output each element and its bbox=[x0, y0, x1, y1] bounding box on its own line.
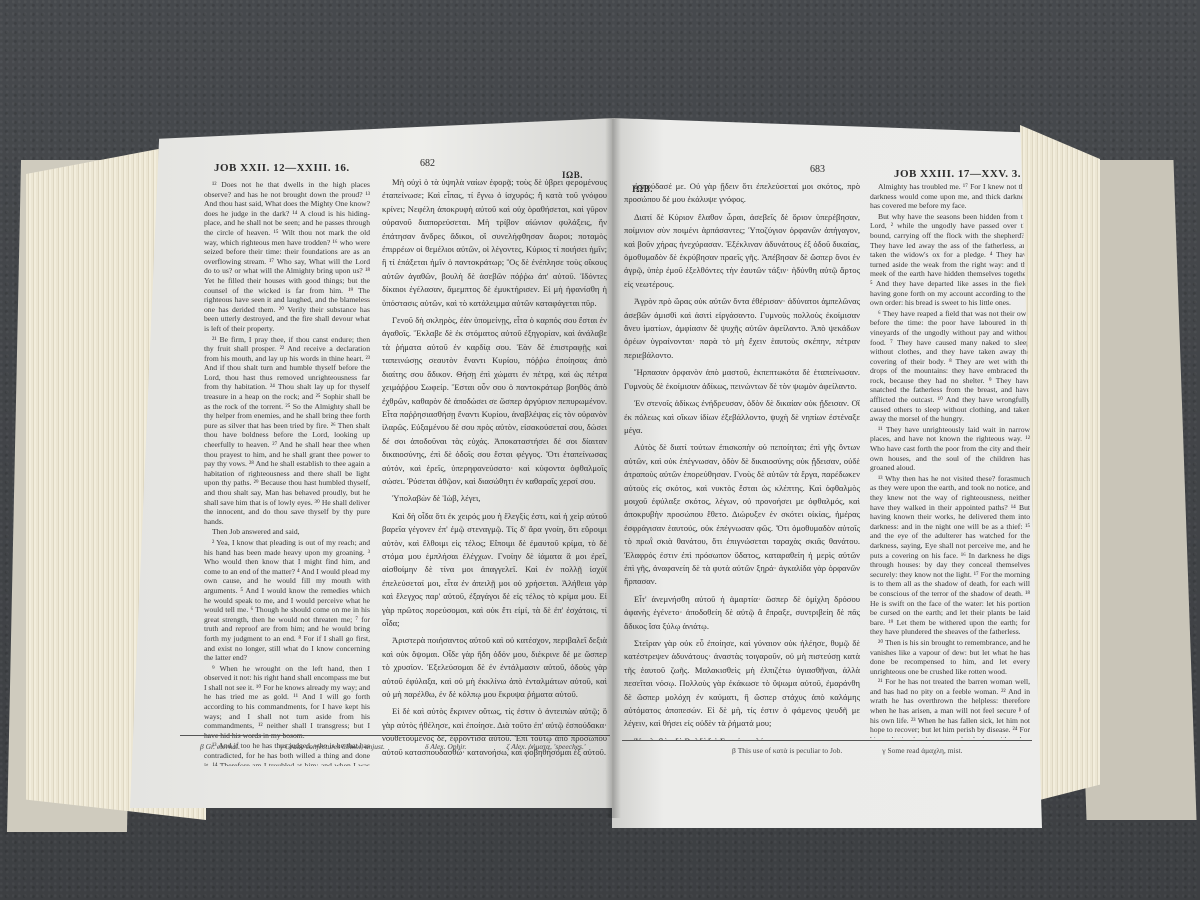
left-page: JOB XXII. 12—XXIII. 16. 682 ΙΩΒ. ¹² Does… bbox=[130, 118, 615, 808]
page-number: 682 bbox=[420, 158, 435, 169]
english-column: ¹² Does not he that dwells in the high p… bbox=[204, 180, 370, 766]
footnote-rule bbox=[180, 735, 610, 736]
footnote: γ Some read ἀμαχλη, mist. bbox=[882, 746, 962, 755]
english-paragraph: But why have the seasons been hidden fro… bbox=[870, 212, 1030, 308]
english-paragraph: ⁹ When he wrought on the left hand, then… bbox=[204, 664, 370, 741]
greek-paragraph: Ἥρπασαν ὀρφανὸν ἀπὸ μαστοῦ, ἐκπεπτωκότα … bbox=[624, 366, 860, 393]
right-page: 683 JOB XXIII. 17—XXV. 3. ΙΩΒ. ἐσπούδασέ… bbox=[612, 118, 1042, 828]
greek-paragraph: Στεῖραν γὰρ οὐκ εὖ ἐποίησε, καὶ γύναιον … bbox=[624, 637, 860, 731]
footnote: δ Alex. Ophir. bbox=[425, 742, 466, 751]
english-paragraph: ²¹ For he has not treated the barren wom… bbox=[870, 677, 1030, 738]
footnote: β Gr. eternal. bbox=[200, 742, 240, 751]
footnote: γ Grabe conjectures ἄδικοι, unjust. bbox=[280, 742, 385, 751]
greek-paragraph: Ὑπολαβὼν δὲ Ἰὼβ, λέγει, bbox=[382, 492, 607, 505]
greek-paragraph: Διατί δὲ Κύριον ἔλαθον ὧραι, ἀσεβεῖς δὲ … bbox=[624, 211, 860, 291]
english-paragraph: ¹² Does not he that dwells in the high p… bbox=[204, 180, 370, 334]
page-number: 683 bbox=[810, 164, 825, 175]
running-head: JOB XXII. 12—XXIII. 16. bbox=[214, 162, 350, 174]
greek-column: Μὴ οὐχὶ ὁ τὰ ὑψηλὰ ναίων ἐφορᾷ; τοὺς δὲ … bbox=[382, 176, 607, 766]
english-paragraph: Almighty has troubled me. ¹⁷ For I knew … bbox=[870, 182, 1030, 211]
english-paragraph: ² Yea, I know that pleading is out of my… bbox=[204, 538, 370, 663]
footnotes: β Gr. eternal. γ Grabe conjectures ἄδικο… bbox=[200, 742, 585, 751]
greek-paragraph: Αὐτὸς δὲ διατί τούτων ἐπισκοπὴν οὐ πεποί… bbox=[624, 441, 860, 588]
greek-paragraph: Κύριος δὲ ἐμαλάκυνε τὴν καρδίαν μου, ὁ δ… bbox=[382, 763, 607, 766]
greek-paragraph: Εἰ δὲ καὶ αὐτὸς ἔκρινεν οὕτως, τίς ἐστιν… bbox=[382, 705, 607, 759]
greek-paragraph: Καὶ δὴ οἶδα ὅτι ἐκ χειρός μου ἡ ἔλεγξίς … bbox=[382, 510, 607, 631]
greek-paragraph: Ἀριστερὰ ποιήσαντος αὐτοῦ καὶ οὐ κατέσχο… bbox=[382, 634, 607, 701]
footnote: ζ Alex. ῥήματα, 'speeches.' bbox=[506, 742, 585, 751]
greek-paragraph: Ἀγρὸν πρὸ ὥρας οὐκ αὐτῶν ὄντα ἐθέρισαν· … bbox=[624, 295, 860, 362]
greek-column: ἐσπούδασέ με. Οὐ γὰρ ᾔδειν ὅτι ἐπελεύσετ… bbox=[624, 180, 860, 740]
book-gutter bbox=[605, 118, 621, 818]
english-column: Almighty has troubled me. ¹⁷ For I knew … bbox=[870, 182, 1030, 738]
english-paragraph: ²⁰ Then is his sin brought to remembranc… bbox=[870, 638, 1030, 676]
footnote-rule bbox=[622, 740, 1032, 741]
greek-paragraph: Μὴ οὐχὶ ὁ τὰ ὑψηλὰ ναίων ἐφορᾷ; τοὺς δὲ … bbox=[382, 176, 607, 310]
greek-paragraph: ἐσπούδασέ με. Οὐ γὰρ ᾔδειν ὅτι ἐπελεύσετ… bbox=[624, 180, 860, 207]
english-paragraph: ²¹ Be firm, I pray thee, if thou canst e… bbox=[204, 335, 370, 527]
greek-paragraph: Εἶτ' ἀνεμνήσθη αὐτοῦ ἡ ἁμαρτία· ὥσπερ δὲ… bbox=[624, 593, 860, 633]
greek-paragraph: Ἐν στενοῖς ἀδίκως ἐνήδρευσαν, ὁδὸν δὲ δι… bbox=[624, 397, 860, 437]
english-paragraph: Then Job answered and said, bbox=[204, 527, 370, 537]
footnote: β This use of κατὰ is peculiar to Job. bbox=[732, 746, 842, 755]
english-paragraph: ⁶ They have reaped a field that was not … bbox=[870, 309, 1030, 424]
english-paragraph: ¹³ Why then has he not visited these? fo… bbox=[870, 474, 1030, 637]
footnotes: β This use of κατὰ is peculiar to Job. γ… bbox=[732, 746, 962, 755]
running-head: JOB XXIII. 17—XXV. 3. bbox=[894, 168, 1021, 180]
english-paragraph: ¹¹ They have unrighteously laid wait in … bbox=[870, 425, 1030, 473]
greek-paragraph: Γενοῦ δὴ σκληρὸς, ἐὰν ὑπομείνῃς, εἶτα ὁ … bbox=[382, 314, 607, 488]
